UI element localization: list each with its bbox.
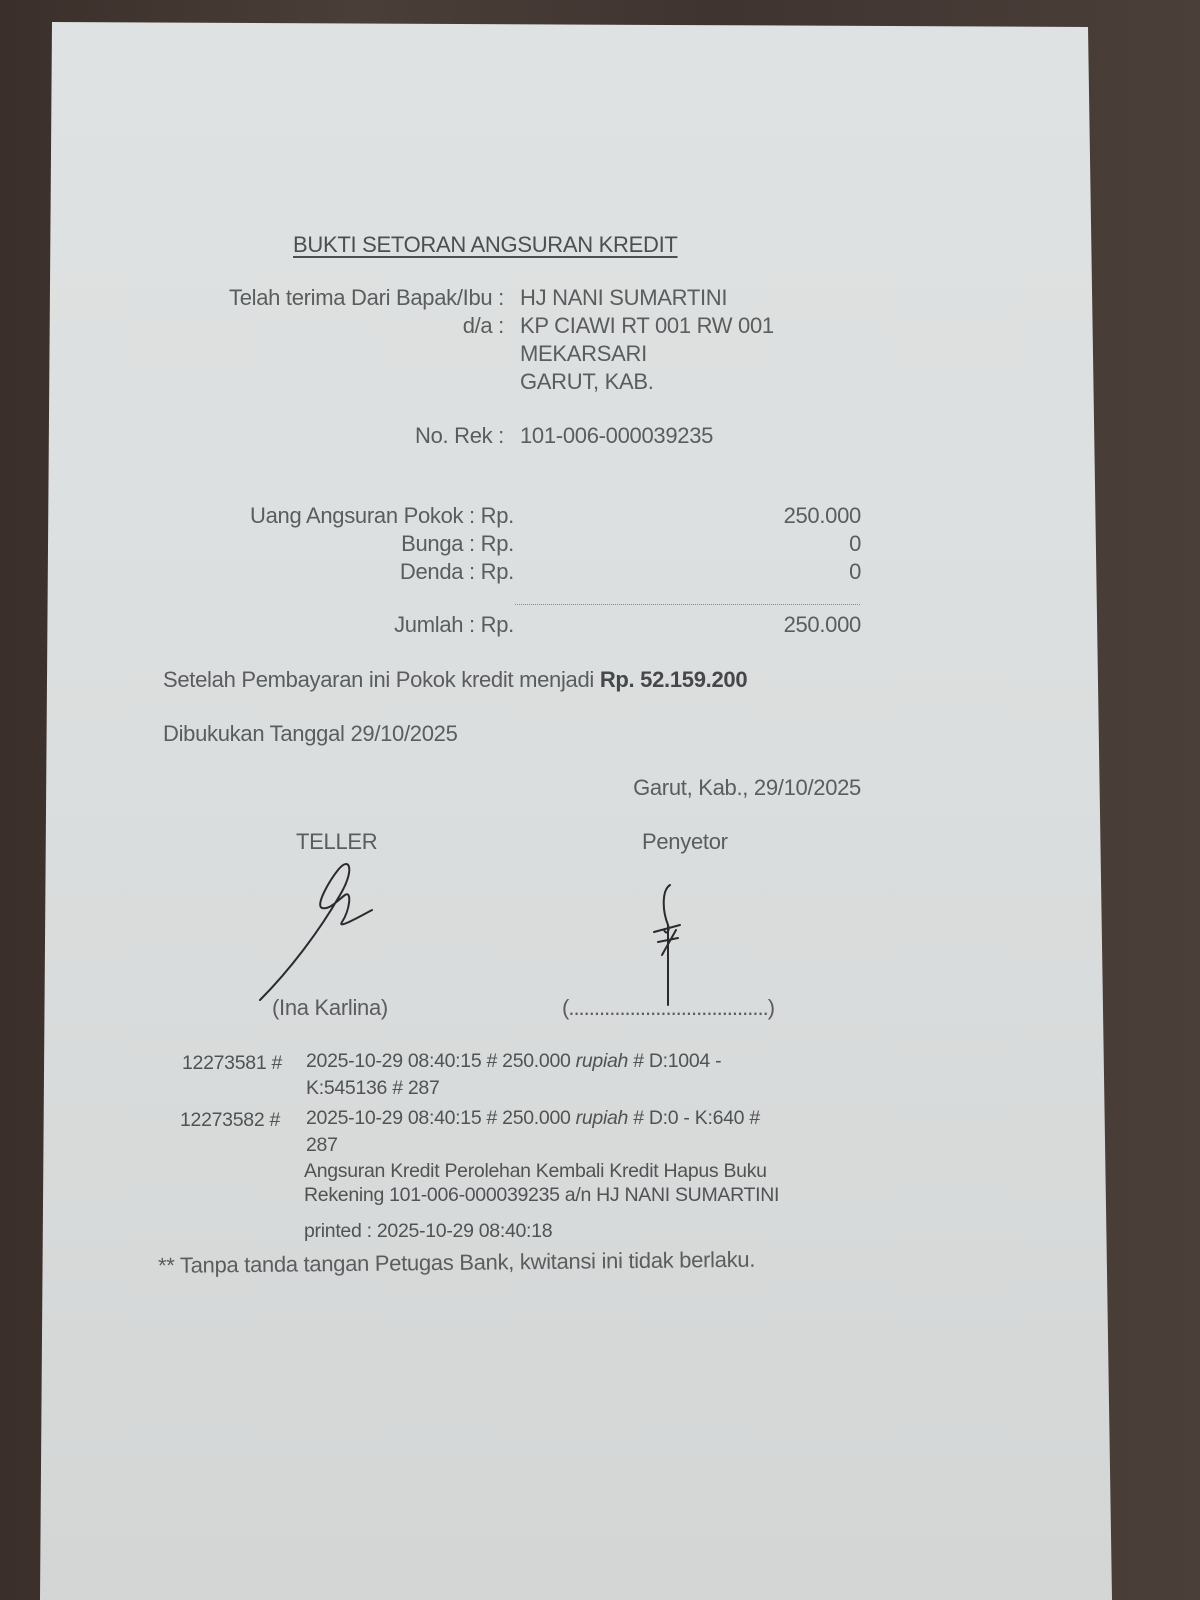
transaction-2-line-1: 2025-10-29 08:40:15 # 250.000 rupiah # D… (306, 1107, 760, 1130)
interest-value: 0 (849, 531, 861, 557)
address-line-2: MEKARSARI (520, 341, 647, 367)
depositor-name-blank: (.......................................… (562, 995, 774, 1021)
transaction-2-id: 12273582 # (180, 1109, 280, 1132)
transaction-2-line-2: 287 (306, 1134, 338, 1157)
remaining-amount: Rp. 52.159.200 (600, 667, 747, 692)
account-number: 101-006-000039235 (520, 423, 713, 449)
depositor-label: Penyetor (642, 829, 728, 855)
printed-timestamp: printed : 2025-10-29 08:40:18 (304, 1220, 552, 1243)
transaction-2-detail: 2025-10-29 08:40:15 # 250.000 (306, 1107, 571, 1129)
transaction-1-id: 12273581 # (182, 1052, 282, 1075)
address-label: d/a : (463, 313, 504, 339)
penalty-value: 0 (849, 559, 861, 585)
transaction-2-currency: rupiah (576, 1107, 628, 1129)
teller-name: (Ina Karlina) (272, 995, 388, 1021)
principal-label: Uang Angsuran Pokok : Rp. (250, 503, 514, 529)
transaction-1-ref: # D:1004 - (633, 1050, 721, 1072)
total-value: 250.000 (784, 612, 861, 638)
transaction-1-line-1: 2025-10-29 08:40:15 # 250.000 rupiah # D… (306, 1050, 721, 1073)
depositor-signature-icon (640, 880, 710, 1010)
description-line-2: Rekening 101-006-000039235 a/n HJ NANI S… (304, 1184, 779, 1207)
total-divider (515, 604, 860, 605)
place-date: Garut, Kab., 29/10/2025 (633, 775, 861, 801)
description-line-1: Angsuran Kredit Perolehan Kembali Kredit… (304, 1160, 767, 1183)
transaction-1-line-2: K:545136 # 287 (306, 1077, 440, 1100)
address-line-1: KP CIAWI RT 001 RW 001 (520, 313, 774, 339)
interest-label: Bunga : Rp. (401, 531, 514, 557)
transaction-2-ref: # D:0 - K:640 # (633, 1107, 760, 1129)
receipt-title: BUKTI SETORAN ANGSURAN KREDIT (293, 232, 678, 258)
principal-value: 250.000 (784, 503, 861, 529)
received-from-name: HJ NANI SUMARTINI (520, 285, 727, 311)
total-label: Jumlah : Rp. (394, 612, 514, 638)
address-line-3: GARUT, KAB. (520, 369, 654, 395)
penalty-label: Denda : Rp. (400, 559, 514, 585)
booked-date: Dibukukan Tanggal 29/10/2025 (163, 721, 458, 747)
transaction-1-currency: rupiah (576, 1050, 628, 1072)
account-label: No. Rek : (415, 423, 504, 449)
remaining-principal: Setelah Pembayaran ini Pokok kredit menj… (163, 667, 747, 693)
remaining-text: Setelah Pembayaran ini Pokok kredit menj… (163, 667, 594, 692)
received-from-label: Telah terima Dari Bapak/Ibu : (229, 285, 504, 311)
teller-signature-icon (250, 850, 410, 1010)
transaction-1-detail: 2025-10-29 08:40:15 # 250.000 (306, 1050, 571, 1072)
